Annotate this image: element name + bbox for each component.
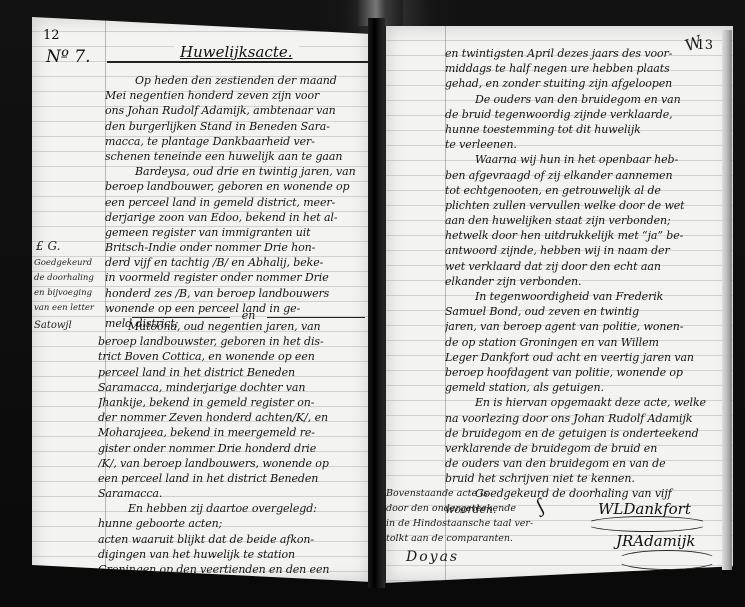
text-line: hetwelk door hen uitdrukkelijk met “ja” … (445, 228, 729, 243)
text-line: derjarige zoon van Edoo, bekend in het a… (105, 210, 370, 225)
note-line: tolkt aan de comparanten. (386, 531, 496, 546)
text-line: te verleenen. (445, 137, 729, 152)
text-line: acten waaruit blijkt dat de beide afkon- (98, 532, 370, 547)
text-line: der nommer Zeven honderd achten/K/, en (98, 410, 370, 425)
text-line: Waarna wij hun in het openbaar heb- (445, 152, 729, 167)
note-line: de doorhaling (34, 271, 122, 286)
note-line: en bijvoeging (34, 286, 122, 301)
text-line: Saramacca. (98, 486, 370, 501)
page-number: 12 (43, 28, 60, 43)
text-line: /K/, van beroep landbouwers, wonende op (98, 456, 370, 471)
page-edges (722, 30, 732, 570)
text-line: wet verklaard dat zij door den echt aan (445, 259, 729, 274)
text-line: de ouders van den bruidegom en van de (445, 456, 729, 471)
text-line: Saramacca, minderjarige dochter van (98, 380, 370, 395)
text-line: Op heden den zestienden der maand (105, 73, 370, 88)
note-line: Goedgekeurd (34, 256, 122, 271)
text-line: macca, te plantage Dankbaarheid ver- (105, 134, 370, 149)
text-line: honderd zes /B, van beroep landbouwers (105, 286, 370, 301)
text-line: Mutoona, oud negentien jaren, van (98, 319, 370, 334)
note-line: door den ondergeteekende (386, 501, 496, 516)
text-line: En is hiervan opgemaakt deze acte, welke (445, 395, 729, 410)
text-line: tot echtgenooten, en getrouwelijk al de (445, 183, 729, 198)
text-line: schenen teneinde een huwelijk aan te gaa… (105, 149, 370, 164)
text-line: trict Boven Cottica, en wonende op een (98, 349, 370, 364)
text-line: middags te half negen ure hebben plaats (445, 61, 729, 76)
signature-official: JRAdamijk (616, 532, 695, 550)
text-line: gister onder nommer Drie honderd drie (98, 441, 370, 456)
text-line: ben afgevraagd of zij elkander aannemen (445, 168, 729, 183)
margin-initials: £ G. (36, 239, 60, 253)
text-line: een perceel land in het district Beneden (98, 471, 370, 486)
text-line: na voorlezing door ons Johan Rudolf Adam… (445, 411, 729, 426)
text-line: plichten zullen vervullen welke door de … (445, 198, 729, 213)
text-line: Moharajeea, bekend in meergemeld re- (98, 425, 370, 440)
text-line: gemeen register van immigranten uit (105, 225, 370, 240)
book-gutter (368, 18, 385, 588)
interpreter-signature: Doyas (386, 550, 496, 565)
text-line: ons Johan Rudolf Adamijk, ambtenaar van (105, 103, 370, 118)
text-line: beroep landbouwster, geboren in het dis- (98, 334, 370, 349)
record-text-continued: en twintigsten April dezes jaars des voo… (445, 46, 729, 517)
text-line: Bardeysa, oud drie en twintig jaren, van (105, 164, 370, 179)
interpreter-note: Bovenstaande acte isdoor den ondergeteek… (386, 486, 496, 565)
note-line: Bovenstaande acte is (386, 486, 496, 501)
text-line: antwoord zijnde, hebben wij in naam der (445, 243, 729, 258)
page-title: Huwelijksacte. (174, 43, 299, 61)
text-line: de bruidegom en de getuigen is onderteek… (445, 426, 729, 441)
text-line: in voormeld register onder nommer Drie (105, 270, 370, 285)
text-line: Leger Dankfort oud acht en veertig jaren… (445, 350, 729, 365)
signature-block: ʃ WLDankfort JRAdamijk (536, 494, 726, 574)
note-line: in de Hindostaansche taal ver- (386, 516, 496, 531)
margin-signature: Satowjl (34, 318, 122, 333)
margin-note-lines: Goedgekeurdde doorhalingen bijvoegingvan… (34, 256, 122, 316)
text-line: den burgerlijken Stand in Beneden Sara- (105, 119, 370, 134)
text-line: de bruid tegenwoordig zijnde verklaarde, (445, 107, 729, 122)
text-line: Jhankije, bekend in gemeld register on- (98, 395, 370, 410)
signature-flourish (586, 516, 708, 532)
right-page: W 13 en twintigsten April dezes jaars de… (383, 26, 733, 583)
text-line: hunne toestemming tot dit huwelijk (445, 122, 729, 137)
text-line: gemeld station, als getuigen. (445, 380, 729, 395)
text-line: de op station Groningen en van Willem (445, 335, 729, 350)
text-line: derd vijf en tachtig /B/ en Abhalij, bek… (105, 255, 370, 270)
text-line: beroep hoofdagent van politie, wonende o… (445, 365, 729, 380)
text-line: bruid het schrijven niet te kennen. (445, 471, 729, 486)
text-line: gehad, en zonder stuiting zijn afgeloope… (445, 76, 729, 91)
record-text-part1: Op heden den zestienden der maandMei neg… (105, 73, 370, 331)
text-line: perceel land in het district Beneden (98, 365, 370, 380)
text-line: jaren, van beroep agent van politie, won… (445, 319, 729, 334)
act-number: Nº 7. (46, 47, 91, 67)
signature-flourish (616, 550, 718, 570)
text-line: verklarende de bruidegom de bruid en (445, 441, 729, 456)
left-page: 12 Nº 7. Huwelijksacte. Op heden den zes… (32, 17, 372, 582)
interpreter-note-lines: Bovenstaande acte isdoor den ondergeteek… (386, 486, 496, 546)
note-line: van een letter (34, 301, 122, 316)
text-line: een perceel land in gemeld district, mee… (105, 195, 370, 210)
record-text-part2: Mutoona, oud negentien jaren, vanberoep … (98, 319, 370, 577)
text-line: Samuel Bond, oud zeven en twintig (445, 304, 729, 319)
margin-annotation: £ G. Goedgekeurdde doorhalingen bijvoegi… (34, 239, 122, 333)
text-line: De ouders van den bruidegom en van (445, 92, 729, 107)
text-line: elkander zijn verbonden. (445, 274, 729, 289)
text-line: aan den huwelijken staat zijn verbonden; (445, 213, 729, 228)
text-line: hunne geboorte acten; (98, 516, 370, 531)
text-line: In tegenwoordigheid van Frederik (445, 289, 729, 304)
text-line: En hebben zij daartoe overgelegd: (98, 501, 370, 516)
text-line: Mei negentien honderd zeven zijn voor (105, 88, 370, 103)
text-line: beroep landbouwer, geboren en wonende op (105, 179, 370, 194)
title-rule (107, 61, 370, 63)
signature-mark: ʃ (533, 496, 548, 517)
text-line: en twintigsten April dezes jaars des voo… (445, 46, 729, 61)
text-line: Britsch-Indie onder nommer Drie hon- (105, 240, 370, 255)
text-line: digingen van het huwelijk te station (98, 547, 370, 562)
